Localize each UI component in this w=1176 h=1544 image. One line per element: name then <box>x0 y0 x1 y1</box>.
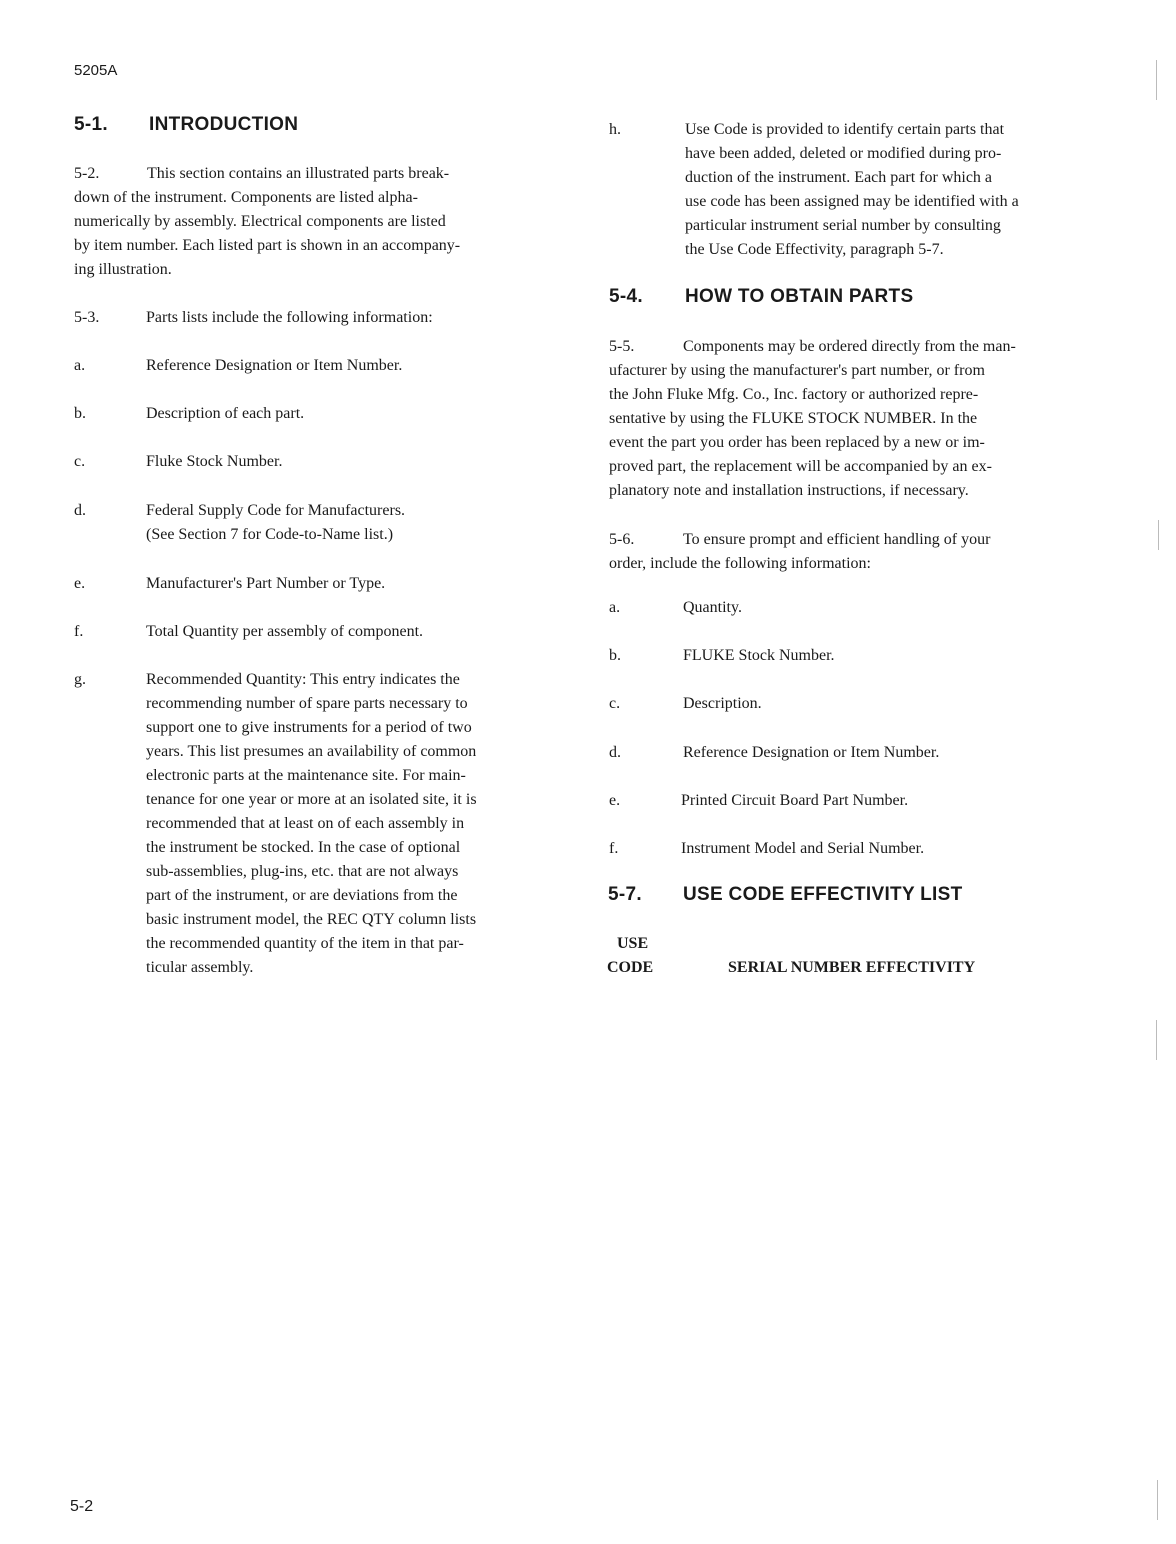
paragraph-line: numerically by assembly. Electrical comp… <box>74 210 574 234</box>
section-number: 5-1. <box>74 114 108 135</box>
item-letter: g. <box>74 668 86 692</box>
item-line: the Use Code Effectivity, paragraph 5-7. <box>685 238 1019 262</box>
item-line: electronic parts at the maintenance site… <box>146 764 477 788</box>
item-line: support one to give instruments for a pe… <box>146 716 477 740</box>
item-line: recommending number of spare parts neces… <box>146 692 477 716</box>
item-letter: b. <box>609 644 621 668</box>
paragraph-line: This section contains an illustrated par… <box>147 165 449 182</box>
item-line: duction of the instrument. Each part for… <box>685 166 1019 190</box>
paragraph-line: the John Fluke Mfg. Co., Inc. factory or… <box>609 383 1119 407</box>
item-line: years. This list presumes an availabilit… <box>146 740 477 764</box>
item-text: Reference Designation or Item Number. <box>146 354 402 378</box>
section-heading-5-1: 5-1. INTRODUCTION <box>74 114 108 136</box>
header-line: USE <box>607 932 653 956</box>
paragraph-5-2: 5-2.This section contains an illustrated… <box>74 162 574 282</box>
item-text: Manufacturer's Part Number or Type. <box>146 572 385 596</box>
item-text: Description of each part. <box>146 402 304 426</box>
paragraph-number: 5-5. <box>609 335 683 359</box>
item-letter: d. <box>74 499 86 523</box>
item-line: Federal Supply Code for Manufacturers. <box>146 499 405 523</box>
item-line: the recommended quantity of the item in … <box>146 932 477 956</box>
item-line: have been added, deleted or modified dur… <box>685 142 1019 166</box>
item-line: particular instrument serial number by c… <box>685 214 1019 238</box>
item-letter: c. <box>74 450 85 474</box>
item-letter: e. <box>609 789 620 813</box>
item-letter: b. <box>74 402 86 426</box>
item-letter: f. <box>74 620 83 644</box>
item-line: recommended that at least on of each ass… <box>146 812 477 836</box>
item-text: Printed Circuit Board Part Number. <box>681 789 908 813</box>
scan-edge-mark <box>1157 1480 1158 1520</box>
item-letter: a. <box>74 354 85 378</box>
serial-number-effectivity-header: SERIAL NUMBER EFFECTIVITY <box>728 956 975 980</box>
item-text: Recommended Quantity: This entry indicat… <box>146 668 477 980</box>
item-line: tenance for one year or more at an isola… <box>146 788 477 812</box>
item-text: FLUKE Stock Number. <box>683 644 835 668</box>
document-page: 5205A 5-1. INTRODUCTION 5-2.This section… <box>0 0 1176 1544</box>
scan-edge-mark <box>1158 520 1159 550</box>
paragraph-line: by item number. Each listed part is show… <box>74 234 574 258</box>
paragraph-line: event the part you order has been replac… <box>609 431 1119 455</box>
paragraph-number: 5-3. <box>74 306 99 330</box>
section-title: USE CODE EFFECTIVITY LIST <box>683 884 963 906</box>
item-letter: e. <box>74 572 85 596</box>
paragraph-line: down of the instrument. Components are l… <box>74 186 574 210</box>
item-line: use code has been assigned may be identi… <box>685 190 1019 214</box>
item-letter: d. <box>609 741 621 765</box>
paragraph-5-6: 5-6.To ensure prompt and efficient handl… <box>609 528 1119 576</box>
header-line: CODE <box>607 956 653 980</box>
item-line: Recommended Quantity: This entry indicat… <box>146 668 477 692</box>
item-text: Federal Supply Code for Manufacturers. (… <box>146 499 405 547</box>
section-heading-5-7: 5-7. USE CODE EFFECTIVITY LIST <box>608 884 642 906</box>
item-letter: c. <box>609 692 620 716</box>
paragraph-number: 5-6. <box>609 528 683 552</box>
paragraph-number: 5-2. <box>74 162 147 186</box>
paragraph-line: ing illustration. <box>74 258 574 282</box>
paragraph-line: order, include the following information… <box>609 552 1119 576</box>
item-text: Total Quantity per assembly of component… <box>146 620 423 644</box>
paragraph-line: planatory note and installation instruct… <box>609 479 1119 503</box>
page-number: 5-2 <box>70 1498 93 1516</box>
section-title: HOW TO OBTAIN PARTS <box>685 286 913 308</box>
item-letter: a. <box>609 596 620 620</box>
use-code-column-header: USE CODE <box>607 932 653 980</box>
item-line: ticular assembly. <box>146 956 477 980</box>
scan-edge-mark <box>1156 60 1157 100</box>
item-line: basic instrument model, the REC QTY colu… <box>146 908 477 932</box>
item-line: sub-assemblies, plug-ins, etc. that are … <box>146 860 477 884</box>
section-title: INTRODUCTION <box>149 114 298 136</box>
item-line: Use Code is provided to identify certain… <box>685 118 1019 142</box>
scan-edge-mark <box>1156 1020 1157 1060</box>
paragraph-line: Components may be ordered directly from … <box>683 338 1016 355</box>
paragraph-line: sentative by using the FLUKE STOCK NUMBE… <box>609 407 1119 431</box>
section-number: 5-4. <box>609 286 643 307</box>
model-number: 5205A <box>74 62 117 79</box>
item-letter: h. <box>609 118 621 142</box>
item-text: Fluke Stock Number. <box>146 450 282 474</box>
item-text: Use Code is provided to identify certain… <box>685 118 1019 262</box>
paragraph-line: ufacturer by using the manufacturer's pa… <box>609 359 1119 383</box>
item-text: Reference Designation or Item Number. <box>683 741 939 765</box>
item-text: Instrument Model and Serial Number. <box>681 837 924 861</box>
item-line: the instrument be stocked. In the case o… <box>146 836 477 860</box>
item-letter: f. <box>609 837 618 861</box>
section-heading-5-4: 5-4. HOW TO OBTAIN PARTS <box>609 286 643 308</box>
item-line: part of the instrument, or are deviation… <box>146 884 477 908</box>
section-number: 5-7. <box>608 884 642 905</box>
item-text: Quantity. <box>683 596 742 620</box>
item-text: Description. <box>683 692 762 716</box>
paragraph-5-5: 5-5.Components may be ordered directly f… <box>609 335 1119 503</box>
item-line: (See Section 7 for Code-to-Name list.) <box>146 523 405 547</box>
paragraph-text: Parts lists include the following inform… <box>146 306 433 330</box>
paragraph-line: proved part, the replacement will be acc… <box>609 455 1119 479</box>
paragraph-line: To ensure prompt and efficient handling … <box>683 531 990 548</box>
